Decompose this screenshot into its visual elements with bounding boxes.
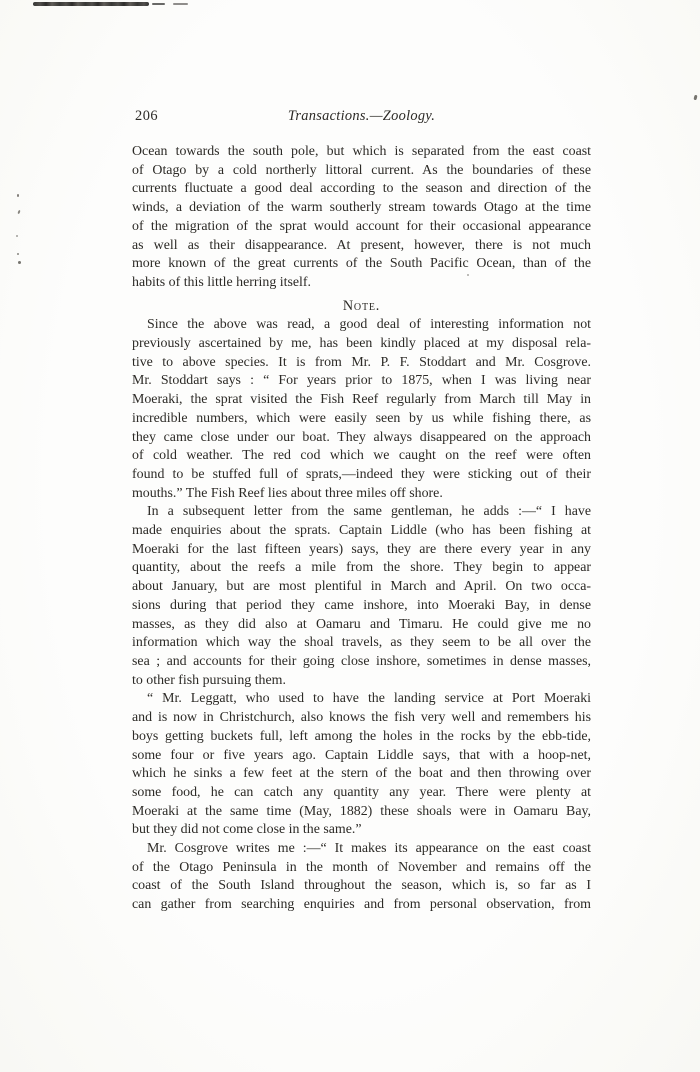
text-line: some food, he can catch any quantity any… (132, 784, 591, 803)
text-line: habits of this little herring itself. (132, 274, 591, 293)
scan-artifact-ink-streak (173, 3, 188, 5)
text-line: Moeraki for the last fifteen years) says… (132, 541, 591, 560)
text-line: found to be stuffed full of sprats,—inde… (132, 466, 591, 485)
text-line: of cold weather. The red cod which we ca… (132, 447, 591, 466)
body-text: Ocean towards the south pole, but which … (132, 143, 591, 915)
text-line: more known of the great currents of the … (132, 255, 591, 274)
text-line: about January, but are most plentiful in… (132, 578, 591, 597)
text-line: tive to above species. It is from Mr. P.… (132, 354, 591, 373)
text-line: winds, a deviation of the warm southerly… (132, 199, 591, 218)
text-line: Ocean towards the south pole, but which … (132, 143, 591, 162)
text-line: In a subsequent letter from the same gen… (132, 503, 591, 522)
text-line: masses, as they did also at Oamaru and T… (132, 616, 591, 635)
text-line: of the Otago Peninsula in the month of N… (132, 859, 591, 878)
scan-speck (17, 194, 19, 197)
text-line: sea ; and accounts for their going close… (132, 653, 591, 672)
running-head: Transactions.—Zoology. (132, 108, 591, 125)
scan-speck (693, 95, 697, 101)
scan-speck (18, 261, 21, 264)
text-line: “ Mr. Leggatt, who used to have the land… (132, 690, 591, 709)
text-line: previously ascertained by me, has been k… (132, 335, 591, 354)
text-line: and is now in Christchurch, also knows t… (132, 709, 591, 728)
scan-artifact-ink-streak (33, 2, 149, 6)
paragraph: Ocean towards the south pole, but which … (132, 143, 591, 293)
page-header: 206 Transactions.—Zoology. (132, 108, 591, 127)
text-line: Mr. Cosgrove writes me :—“ It makes its … (132, 840, 591, 859)
text-column: 206 Transactions.—Zoology. Ocean towards… (132, 108, 591, 915)
scan-speck (17, 210, 20, 214)
text-line: Moeraki, the sprat visited the Fish Reef… (132, 391, 591, 410)
text-line: of the migration of the sprat would acco… (132, 218, 591, 237)
scan-artifact-ink-streak (152, 3, 165, 5)
text-line: sions during that period they came insho… (132, 597, 591, 616)
text-line: as well as their disappearance. At prese… (132, 237, 591, 256)
text-line: Mr. Stoddart says : “ For years prior to… (132, 372, 591, 391)
text-line: some four or five years ago. Captain Lid… (132, 747, 591, 766)
scan-speck (17, 253, 19, 255)
text-line: information which way the shoal travels,… (132, 634, 591, 653)
paragraph: Mr. Cosgrove writes me :—“ It makes its … (132, 840, 591, 915)
text-line: coast of the South Island throughout the… (132, 877, 591, 896)
scan-speck (16, 235, 18, 237)
text-line: currents fluctuate a good deal according… (132, 180, 591, 199)
text-line: they came close under our boat. They alw… (132, 429, 591, 448)
text-line: boys getting buckets full, left among th… (132, 728, 591, 747)
text-line: Moeraki at the same time (May, 1882) the… (132, 803, 591, 822)
text-line: made enquiries about the sprats. Captain… (132, 522, 591, 541)
paragraph: Since the above was read, a good deal of… (132, 316, 591, 503)
text-line: Since the above was read, a good deal of… (132, 316, 591, 335)
paragraph: “ Mr. Leggatt, who used to have the land… (132, 690, 591, 840)
text-line: can gather from searching enquiries and … (132, 896, 591, 915)
text-line: which he sinks a few feet at the stern o… (132, 765, 591, 784)
paragraph: In a subsequent letter from the same gen… (132, 503, 591, 690)
text-line: to other fish pursuing them. (132, 672, 591, 691)
text-line: of Otago by a cold northerly littoral cu… (132, 162, 591, 181)
text-line: quantity, about the reefs a mile from th… (132, 559, 591, 578)
text-line: but they did not come close in the same.… (132, 821, 591, 840)
scanned-book-page: 206 Transactions.—Zoology. Ocean towards… (0, 0, 700, 1072)
note-heading: Note. (132, 297, 591, 316)
text-line: mouths.” The Fish Reef lies about three … (132, 485, 591, 504)
text-line: incredible numbers, which were easily se… (132, 410, 591, 429)
